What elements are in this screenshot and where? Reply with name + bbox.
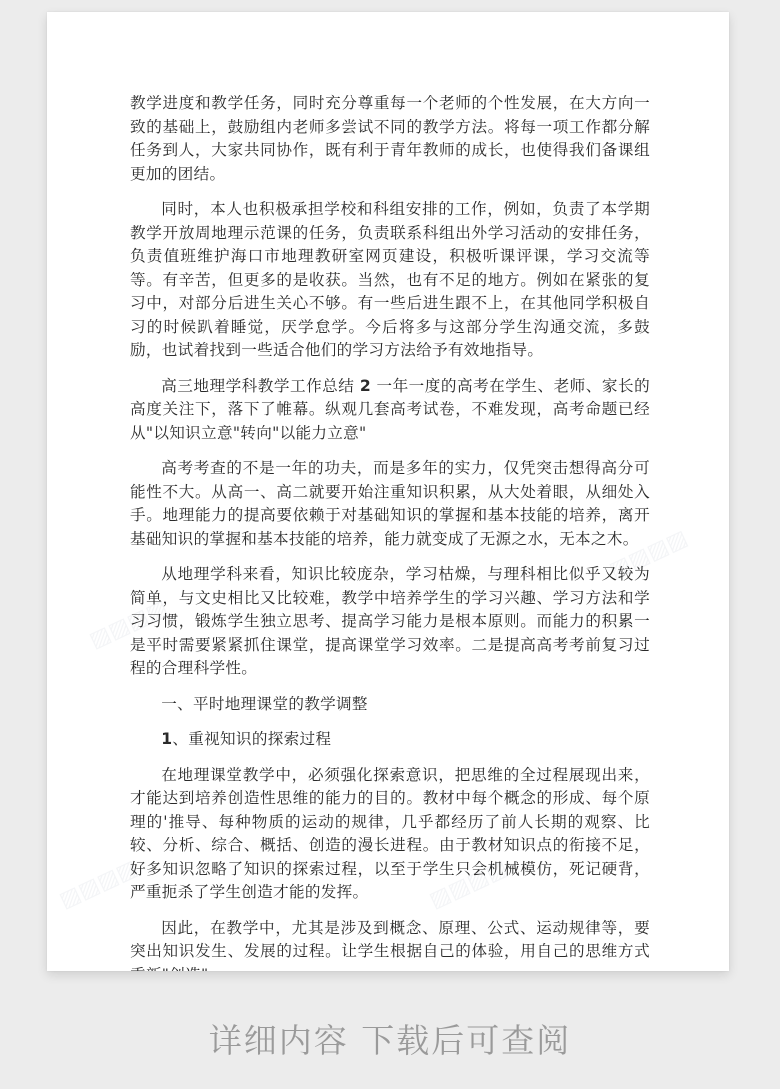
section-heading: 一、平时地理课堂的教学调整 xyxy=(130,693,650,717)
paragraph: 高三地理学科教学工作总结 2 一年一度的高考在学生、老师、家长的高度关注下，落下… xyxy=(130,375,650,446)
paragraph: 因此，在教学中，尤其是涉及到概念、原理、公式、运动规律等，要突出知识发生、发展的… xyxy=(130,917,650,972)
paragraph-number: 2 xyxy=(360,377,371,395)
download-prompt: 详细内容 下载后可查阅 xyxy=(0,1015,780,1062)
paragraph-title: 高三地理学科教学工作总结 xyxy=(161,377,354,395)
paragraph: 在地理课堂教学中，必须强化探索意识，把思维的全过程展现出来，才能达到培养创造性思… xyxy=(130,764,650,905)
paragraph: 教学进度和教学任务，同时充分尊重每一个老师的个性发展，在大方向一致的基础上，鼓励… xyxy=(130,92,650,186)
watermark: ▨▨▨▨ xyxy=(56,856,142,914)
heading-text: 、重视知识的探索过程 xyxy=(172,730,331,748)
paragraph: 高考考查的不是一年的功夫，而是多年的实力，仅凭突击想得高分可能性不大。从高一、高… xyxy=(130,457,650,551)
heading-number: 1 xyxy=(161,730,172,748)
paragraph: 同时，本人也积极承担学校和科组安排的工作，例如，负责了本学期教学开放周地理示范课… xyxy=(130,198,650,363)
subsection-heading: 1、重视知识的探索过程 xyxy=(130,728,650,752)
document-page: ▨▨▨▨ ▨▨▨▨ ▨▨▨▨ ▨▨▨▨ 教学进度和教学任务，同时充分尊重每一个老… xyxy=(47,12,729,971)
paragraph: 从地理学科来看，知识比较庞杂，学习枯燥，与理科相比似乎又较为简单，与文史相比又比… xyxy=(130,563,650,681)
document-body: 教学进度和教学任务，同时充分尊重每一个老师的个性发展，在大方向一致的基础上，鼓励… xyxy=(130,92,650,971)
